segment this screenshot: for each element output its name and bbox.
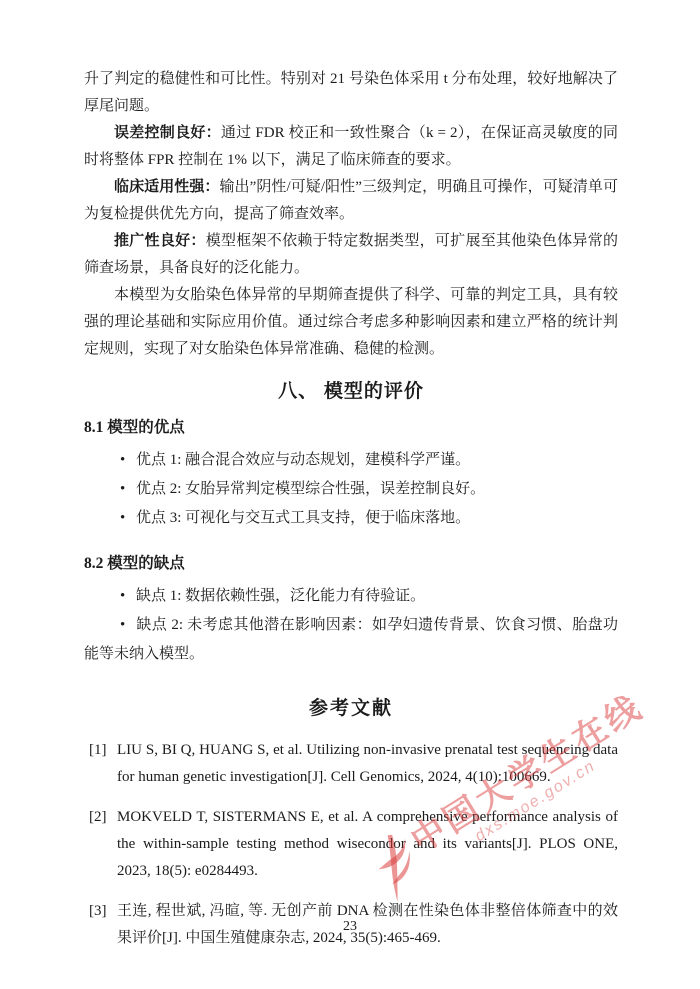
list-item-text: 缺点 1: 数据依赖性强，泛化能力有待验证。: [136, 588, 425, 604]
paragraph-lead: 误差控制良好：: [114, 125, 221, 141]
list-item: •缺点 2: 未考虑其他潜在影响因素：如孕妇遗传背景、饮食习惯、胎盘功能等未纳入…: [84, 611, 618, 669]
list-item: •优点 1: 融合混合效应与动态规划，建模科学严谨。: [84, 446, 618, 475]
reference-text: MOKVELD T, SISTERMANS E, et al. A compre…: [117, 809, 618, 879]
reference-item: [2]MOKVELD T, SISTERMANS E, et al. A com…: [84, 804, 618, 885]
paragraph-lead: 推广性良好：: [114, 233, 206, 249]
paragraph-clinical-applicability: 临床适用性强：输出”阴性/可疑/阳性”三级判定，明确且可操作，可疑清单可为复检提…: [84, 174, 618, 228]
bullet-icon: •: [120, 446, 136, 475]
list-item: •优点 3: 可视化与交互式工具支持，便于临床落地。: [84, 504, 618, 533]
list-item: •优点 2: 女胎异常判定模型综合性强，误差控制良好。: [84, 475, 618, 504]
section-8-2-heading: 8.2 模型的缺点: [84, 551, 618, 573]
list-item-text: 缺点 2: 未考虑其他潜在影响因素：如孕妇遗传背景、饮食习惯、胎盘功能等未纳入模…: [84, 617, 618, 662]
list-item-text: 优点 1: 融合混合效应与动态规划，建模科学严谨。: [136, 452, 470, 468]
bullet-icon: •: [120, 504, 136, 533]
paragraph-text: 本模型为女胎染色体异常的早期筛查提供了科学、可靠的判定工具，具有较强的理论基础和…: [84, 287, 618, 357]
disadvantages-list: •缺点 1: 数据依赖性强，泛化能力有待验证。 •缺点 2: 未考虑其他潜在影响…: [84, 582, 618, 669]
paragraph-generalizability: 推广性良好：模型框架不依赖于特定数据类型，可扩展至其他染色体异常的筛查场景，具备…: [84, 228, 618, 282]
section-8-1-heading: 8.1 模型的优点: [84, 415, 618, 437]
bullet-icon: •: [120, 475, 136, 504]
references-title: 参考文献: [84, 693, 618, 720]
paper-page: 升了判定的稳健性和可比性。特别对 21 号染色体采用 t 分布处理，较好地解决了…: [0, 0, 700, 989]
reference-item: [1]LIU S, BI Q, HUANG S, et al. Utilizin…: [84, 737, 618, 791]
paragraph-summary: 本模型为女胎染色体异常的早期筛查提供了科学、可靠的判定工具，具有较强的理论基础和…: [84, 282, 618, 363]
bullet-icon: •: [120, 611, 136, 640]
page-number: 23: [0, 919, 700, 935]
bullet-icon: •: [120, 582, 136, 611]
paragraph-robustness: 升了判定的稳健性和可比性。特别对 21 号染色体采用 t 分布处理，较好地解决了…: [84, 66, 618, 120]
list-item-text: 优点 2: 女胎异常判定模型综合性强，误差控制良好。: [136, 481, 485, 497]
reference-text: LIU S, BI Q, HUANG S, et al. Utilizing n…: [117, 742, 618, 785]
paragraph-lead: 临床适用性强：: [114, 179, 219, 195]
reference-label: [1]: [89, 737, 107, 764]
paragraph-error-control: 误差控制良好：通过 FDR 校正和一致性聚合（k = 2），在保证高灵敏度的同时…: [84, 120, 618, 174]
list-item-text: 优点 3: 可视化与交互式工具支持，便于临床落地。: [136, 510, 470, 526]
advantages-list: •优点 1: 融合混合效应与动态规划，建模科学严谨。 •优点 2: 女胎异常判定…: [84, 446, 618, 533]
list-item: •缺点 1: 数据依赖性强，泛化能力有待验证。: [84, 582, 618, 611]
reference-label: [2]: [89, 804, 107, 831]
page-content: 升了判定的稳健性和可比性。特别对 21 号染色体采用 t 分布处理，较好地解决了…: [0, 0, 700, 952]
section-8-title: 八、 模型的评价: [84, 376, 618, 403]
paragraph-text: 升了判定的稳健性和可比性。特别对 21 号染色体采用 t 分布处理，较好地解决了…: [84, 71, 618, 114]
